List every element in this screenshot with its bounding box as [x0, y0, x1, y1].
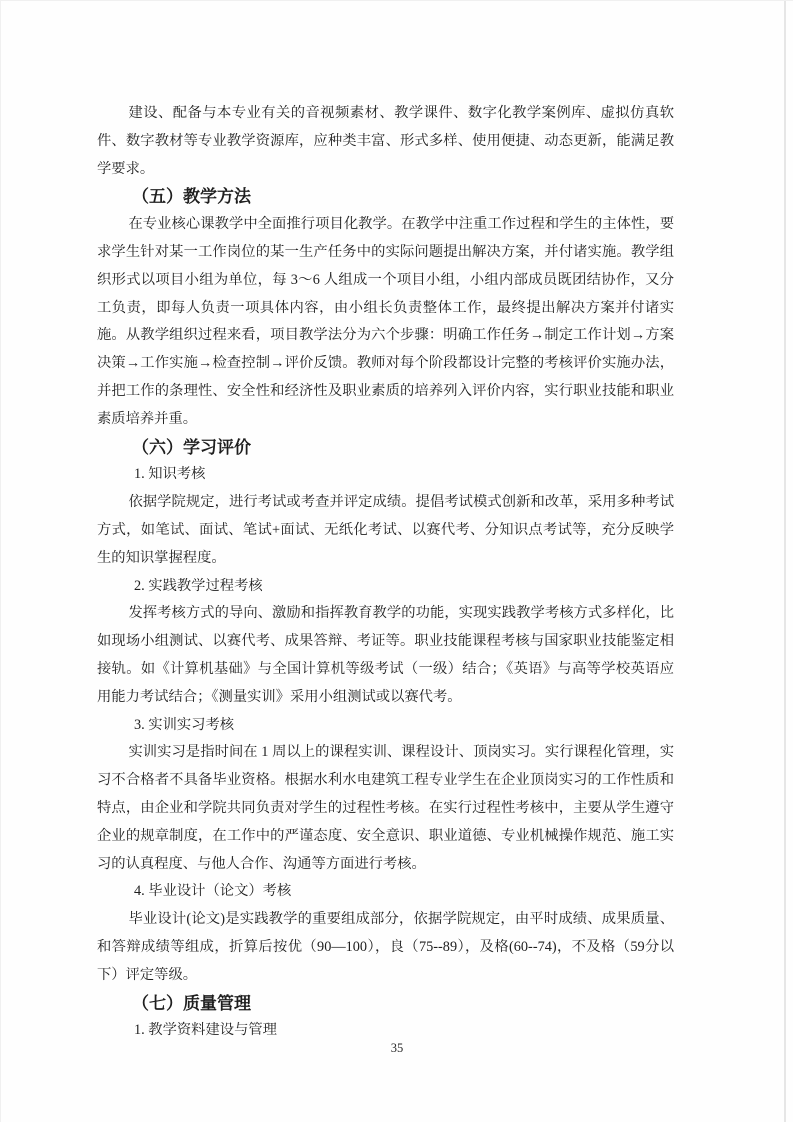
- paragraph: 发挥考核方式的导向、激励和指挥教育教学的功能，实现实践教学考核方式多样化，比如现…: [97, 600, 674, 711]
- subsection-heading: 1. 知识考核: [97, 461, 674, 489]
- paragraph: 建设、配备与本专业有关的音视频素材、教学课件、数字化教学案例库、虚拟仿真软件、数…: [97, 100, 674, 183]
- paragraph: 依据学院规定，进行考试或考查并评定成绩。提倡考试模式创新和改革，采用多种考试方式…: [97, 489, 674, 572]
- paragraph: 实训实习是指时间在 1 周以上的课程实训、课程设计、顶岗实习。实行课程化管理，实…: [97, 739, 674, 878]
- paragraph: 毕业设计(论文)是实践教学的重要组成部分，依据学院规定，由平时成绩、成果质量、和…: [97, 906, 674, 989]
- paragraph: 在专业核心课教学中全面推行项目化教学。在教学中注重工作过程和学生的主体性，要求学…: [97, 211, 674, 433]
- section-heading: （六）学习评价: [97, 434, 674, 462]
- page-number: 35: [391, 1041, 404, 1055]
- document-page: 建设、配备与本专业有关的音视频素材、教学课件、数字化教学案例库、虚拟仿真软件、数…: [0, 0, 793, 1122]
- subsection-heading: 2. 实践教学过程考核: [97, 573, 674, 601]
- subsection-heading: 3. 实训实习考核: [97, 712, 674, 740]
- page-edge-shadow: [784, 1, 786, 1122]
- section-heading: （七）质量管理: [97, 990, 674, 1018]
- document-content: 建设、配备与本专业有关的音视频素材、教学课件、数字化教学案例库、虚拟仿真软件、数…: [97, 100, 674, 1045]
- subsection-heading: 4. 毕业设计（论文）考核: [97, 878, 674, 906]
- section-heading: （五）教学方法: [97, 183, 674, 211]
- page-footer: 35: [1, 1040, 793, 1056]
